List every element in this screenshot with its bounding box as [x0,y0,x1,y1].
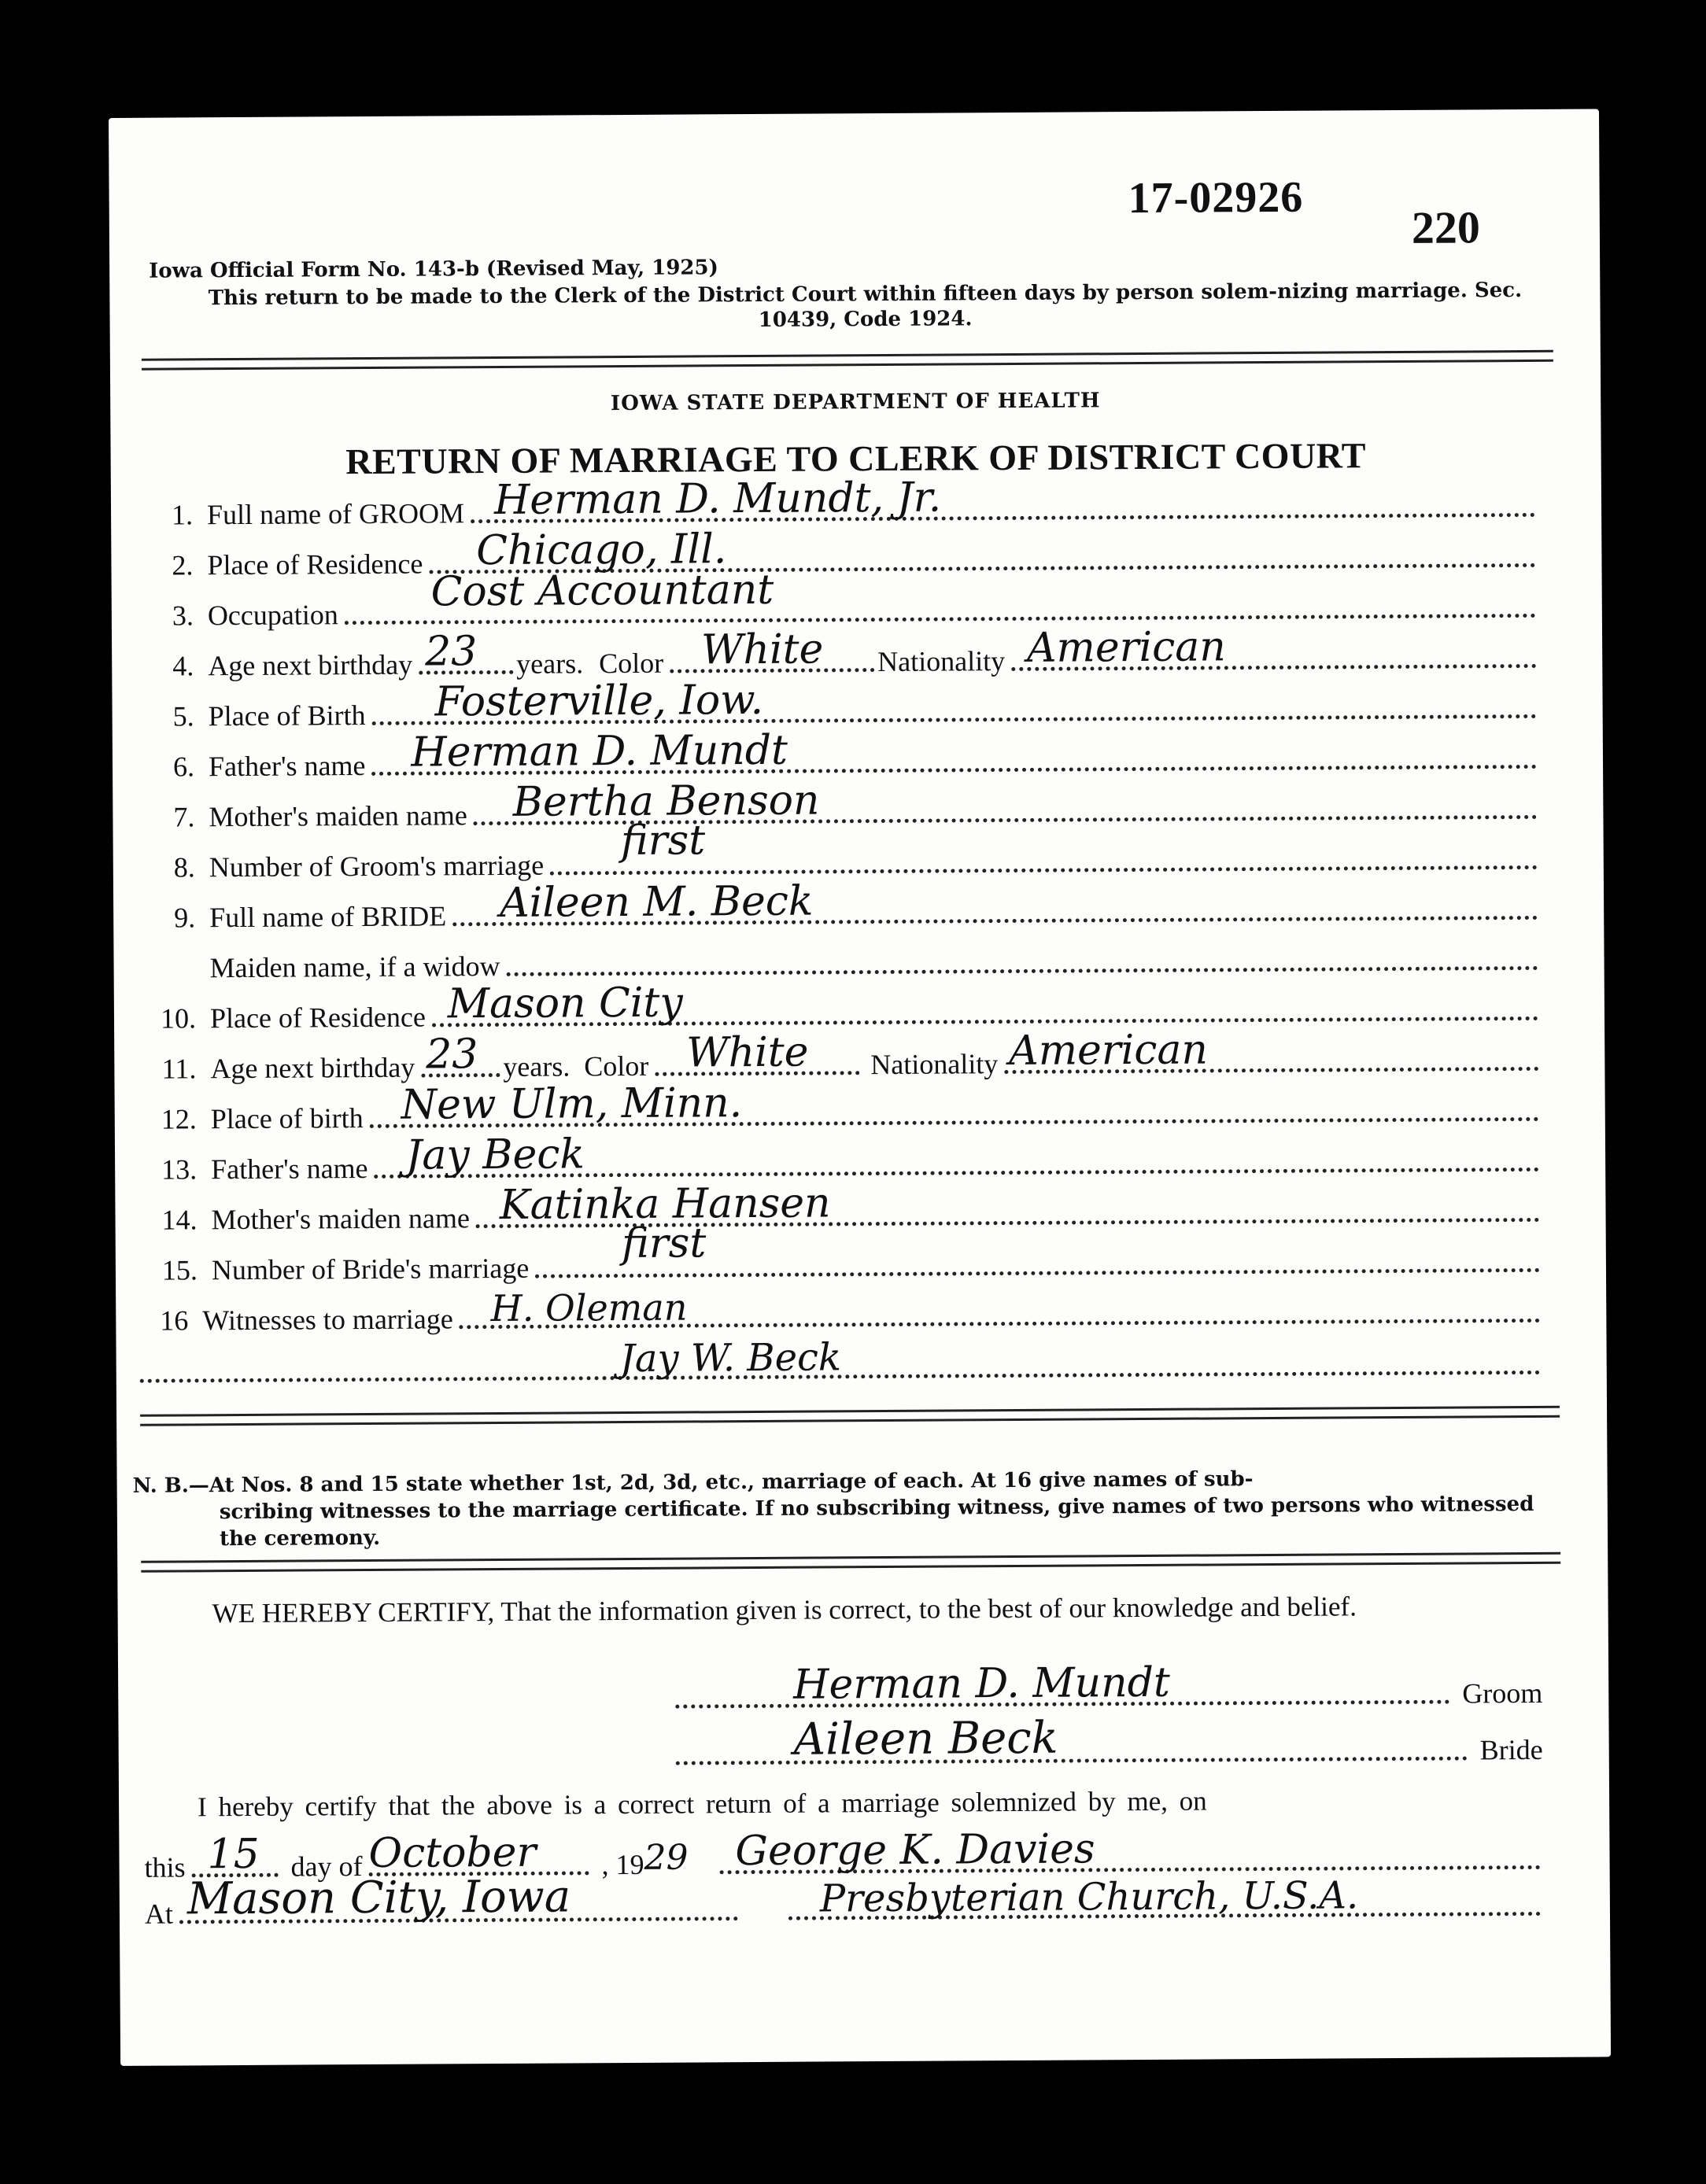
day-value: 15 [207,1831,260,1878]
field-bride-marriage-number: 15. Number of Bride's marriage first [147,1239,1543,1287]
groom-father-line[interactable]: Herman D. Mundt [372,765,1538,776]
double-rule-top-a [142,350,1553,361]
double-rule-low-b [141,1562,1560,1573]
groom-marriage-number-value: first [621,817,705,865]
bride-color-line[interactable]: White [655,1071,859,1076]
groom-nationality-value: American [1027,623,1226,672]
field-number: 10. [146,1002,196,1035]
groom-name-line[interactable]: Herman D. Mundt, Jr. [471,513,1535,523]
groom-nationality-line[interactable]: American [1011,664,1536,671]
field-label: Full name of GROOM [207,496,464,531]
field-witness-2: Jay W. Beck [140,1341,1544,1389]
note-rest: scribing witnesses to the marriage certi… [133,1491,1549,1553]
witness-2-value: Jay W. Beck [619,1335,841,1381]
place-line[interactable]: Mason City, Iowa [179,1917,738,1924]
bride-nationality-value: American [1009,1026,1208,1075]
field-number: 13. [146,1153,197,1186]
field-number: 8. [145,850,195,884]
field-label: Witnesses to marriage [202,1302,453,1337]
bride-father-value: Jay Beck [405,1131,585,1179]
department-heading: IOWA STATE DEPARTMENT OF HEALTH [110,386,1601,419]
field-number: 2. [142,548,193,581]
field-bride-father: 13. Father's name Jay Beck [146,1138,1542,1186]
years-label: years. [503,1050,570,1083]
groom-age-value: 23 [425,628,478,675]
groom-father-value: Herman D. Mundt [411,727,788,777]
double-rule-low-a [141,1552,1560,1563]
field-label: Age next birthday [210,1051,415,1086]
month-value: October [368,1829,536,1877]
field-number: 3. [143,599,194,632]
bride-name-value: Aileen M. Beck [500,878,814,927]
field-groom-age: 4. Age next birthday 23 years. Color Whi… [143,635,1539,683]
field-number: 4. [143,649,194,682]
groom-occupation-line[interactable]: Cost Accountant [345,614,1536,625]
field-groom-name: 1. Full name of GROOM Herman D. Mundt, J… [142,484,1538,532]
this-label: this [144,1850,185,1883]
field-bride-mother: 14. Mother's maiden name Katinka Hansen [146,1189,1542,1237]
field-label: Father's name [209,749,366,783]
officiant-statement: I hereby certify that the above is a cor… [198,1786,1207,1824]
field-bride-birthplace: 12. Place of birth New Ulm, Minn. [146,1088,1542,1136]
field-label: Mother's maiden name [209,799,467,833]
field-groom-father: 6. Father's name Herman D. Mundt [144,736,1540,784]
bride-marriage-number-line[interactable]: first [535,1268,1540,1278]
field-number: 7. [144,800,194,833]
year-suffix: 29 [644,1838,688,1878]
field-label: Maiden name, if a widow [209,950,500,984]
groom-birthplace-value: Fosterville, Iow. [434,677,763,726]
bride-signature: Aileen Beck [793,1713,1058,1765]
double-rule-mid-b [140,1415,1560,1426]
field-label: Place of Birth [209,699,366,732]
double-rule-top-b [142,360,1553,371]
field-number: 9. [145,901,195,934]
field-groom-marriage-number: 8. Number of Groom's marriage first [145,836,1541,884]
bride-residence-line[interactable]: Mason City [432,1016,1538,1027]
bride-nationality-line[interactable]: American [1004,1067,1538,1074]
bride-age-line[interactable]: 23 [421,1073,500,1078]
officiant-signature-line[interactable]: George K. Davies [720,1865,1541,1874]
field-number: 1. [142,498,193,531]
at-label: At [145,1898,173,1931]
witness-1-value: H. Oleman [491,1286,688,1330]
field-label: Father's name [211,1152,368,1186]
instructions-note: N. B.—At Nos. 8 and 15 state whether 1st… [133,1464,1550,1553]
field-label: Number of Bride's marriage [212,1252,530,1286]
field-bride-age: 11. Age next birthday 23 years. Color Wh… [146,1038,1542,1086]
groom-signature-row: Herman D. Mundt Groom [669,1677,1542,1715]
color-label: Color [599,647,663,681]
serial-number: 17-02926 [1128,172,1303,223]
field-number: 5. [144,699,194,732]
bride-birthplace-value: New Ulm, Minn. [401,1079,742,1129]
bride-age-value: 23 [426,1031,478,1078]
officiant-signature: George K. Davies [735,1825,1095,1875]
year-prefix: , 19 [601,1848,644,1881]
field-label: Place of birth [211,1101,364,1135]
color-label: Color [584,1050,648,1083]
certification-statement: WE HEREBY CERTIFY, That the information … [133,1588,1542,1632]
field-groom-mother: 7. Mother's maiden name Bertha Benson [144,786,1540,834]
field-number: 6. [144,750,194,783]
field-groom-residence: 2. Place of Residence Chicago, Ill. [142,534,1538,582]
groom-age-line[interactable]: 23 [419,670,513,675]
bride-signature-row: Aileen Beck Bride [670,1733,1543,1772]
groom-marriage-number-line[interactable]: first [550,865,1538,876]
groom-signature: Herman D. Mundt [793,1659,1170,1709]
nationality-label: Nationality [870,1047,998,1081]
church-value: Presbyterian Church, U.S.A. [820,1873,1359,1920]
field-label: Place of Residence [210,1001,426,1035]
bride-marriage-number-value: first [622,1219,706,1267]
field-label: Mother's maiden name [211,1201,470,1236]
place-value: Mason City, Iowa [187,1871,571,1924]
church-line[interactable]: Presbyterian Church, U.S.A. [788,1912,1541,1920]
field-groom-occupation: 3. Occupation Cost Accountant [143,585,1539,633]
bride-name-line[interactable]: Aileen M. Beck [452,916,1538,926]
bride-father-line[interactable]: Jay Beck [375,1168,1540,1179]
bride-signature-line[interactable]: Aileen Beck [676,1756,1468,1765]
double-rule-mid-a [140,1406,1560,1417]
witness-2-line[interactable]: Jay W. Beck [140,1371,1541,1383]
field-witnesses: 16 Witnesses to marriage H. Oleman [147,1289,1543,1337]
field-number: 14. [146,1203,197,1236]
bride-maiden-name-line[interactable] [507,966,1538,976]
groom-signature-line[interactable]: Herman D. Mundt [675,1700,1449,1709]
field-label: Age next birthday [208,648,412,683]
field-groom-birthplace: 5. Place of Birth Fosterville, Iow. [143,685,1539,733]
marriage-return-form: 17-02926 220 Iowa Official Form No. 143-… [109,109,1611,2066]
field-number: 12. [146,1102,197,1135]
bride-birthplace-line[interactable]: New Ulm, Minn. [370,1117,1539,1128]
groom-color-value: White [701,625,824,673]
field-number: 11. [146,1052,196,1085]
groom-occupation-value: Cost Accountant [430,566,774,616]
field-label: Number of Groom's marriage [209,849,545,884]
form-instruction: This return to be made to the Clerk of t… [172,278,1557,337]
field-number: 15. [147,1253,198,1286]
bride-residence-value: Mason City [448,979,683,1028]
page-number: 220 [1412,201,1480,254]
field-bride-name: 9. Full name of BRIDE Aileen M. Beck [145,887,1541,935]
place-row: At Mason City, Iowa Presbyterian Church,… [135,1889,1544,1931]
field-label: Occupation [208,598,338,632]
groom-label: Groom [1462,1677,1542,1710]
bride-color-value: White [686,1029,809,1077]
field-bride-maiden-name: Maiden name, if a widow [145,937,1541,985]
field-number: 16 [147,1304,188,1337]
witness-1-line[interactable]: H. Oleman [460,1319,1541,1329]
bride-label: Bride [1480,1733,1543,1766]
field-bride-residence: 10. Place of Residence Mason City [146,987,1542,1035]
groom-name-value: Herman D. Mundt, Jr. [494,474,942,524]
form-number: Iowa Official Form No. 143-b (Revised Ma… [149,256,718,282]
groom-color-line[interactable]: White [670,668,874,673]
years-label: years. [516,647,583,681]
field-label: Place of Residence [207,548,423,582]
groom-birthplace-line[interactable]: Fosterville, Iow. [372,714,1537,725]
field-label: Full name of BRIDE [209,899,446,934]
nationality-label: Nationality [877,644,1005,678]
